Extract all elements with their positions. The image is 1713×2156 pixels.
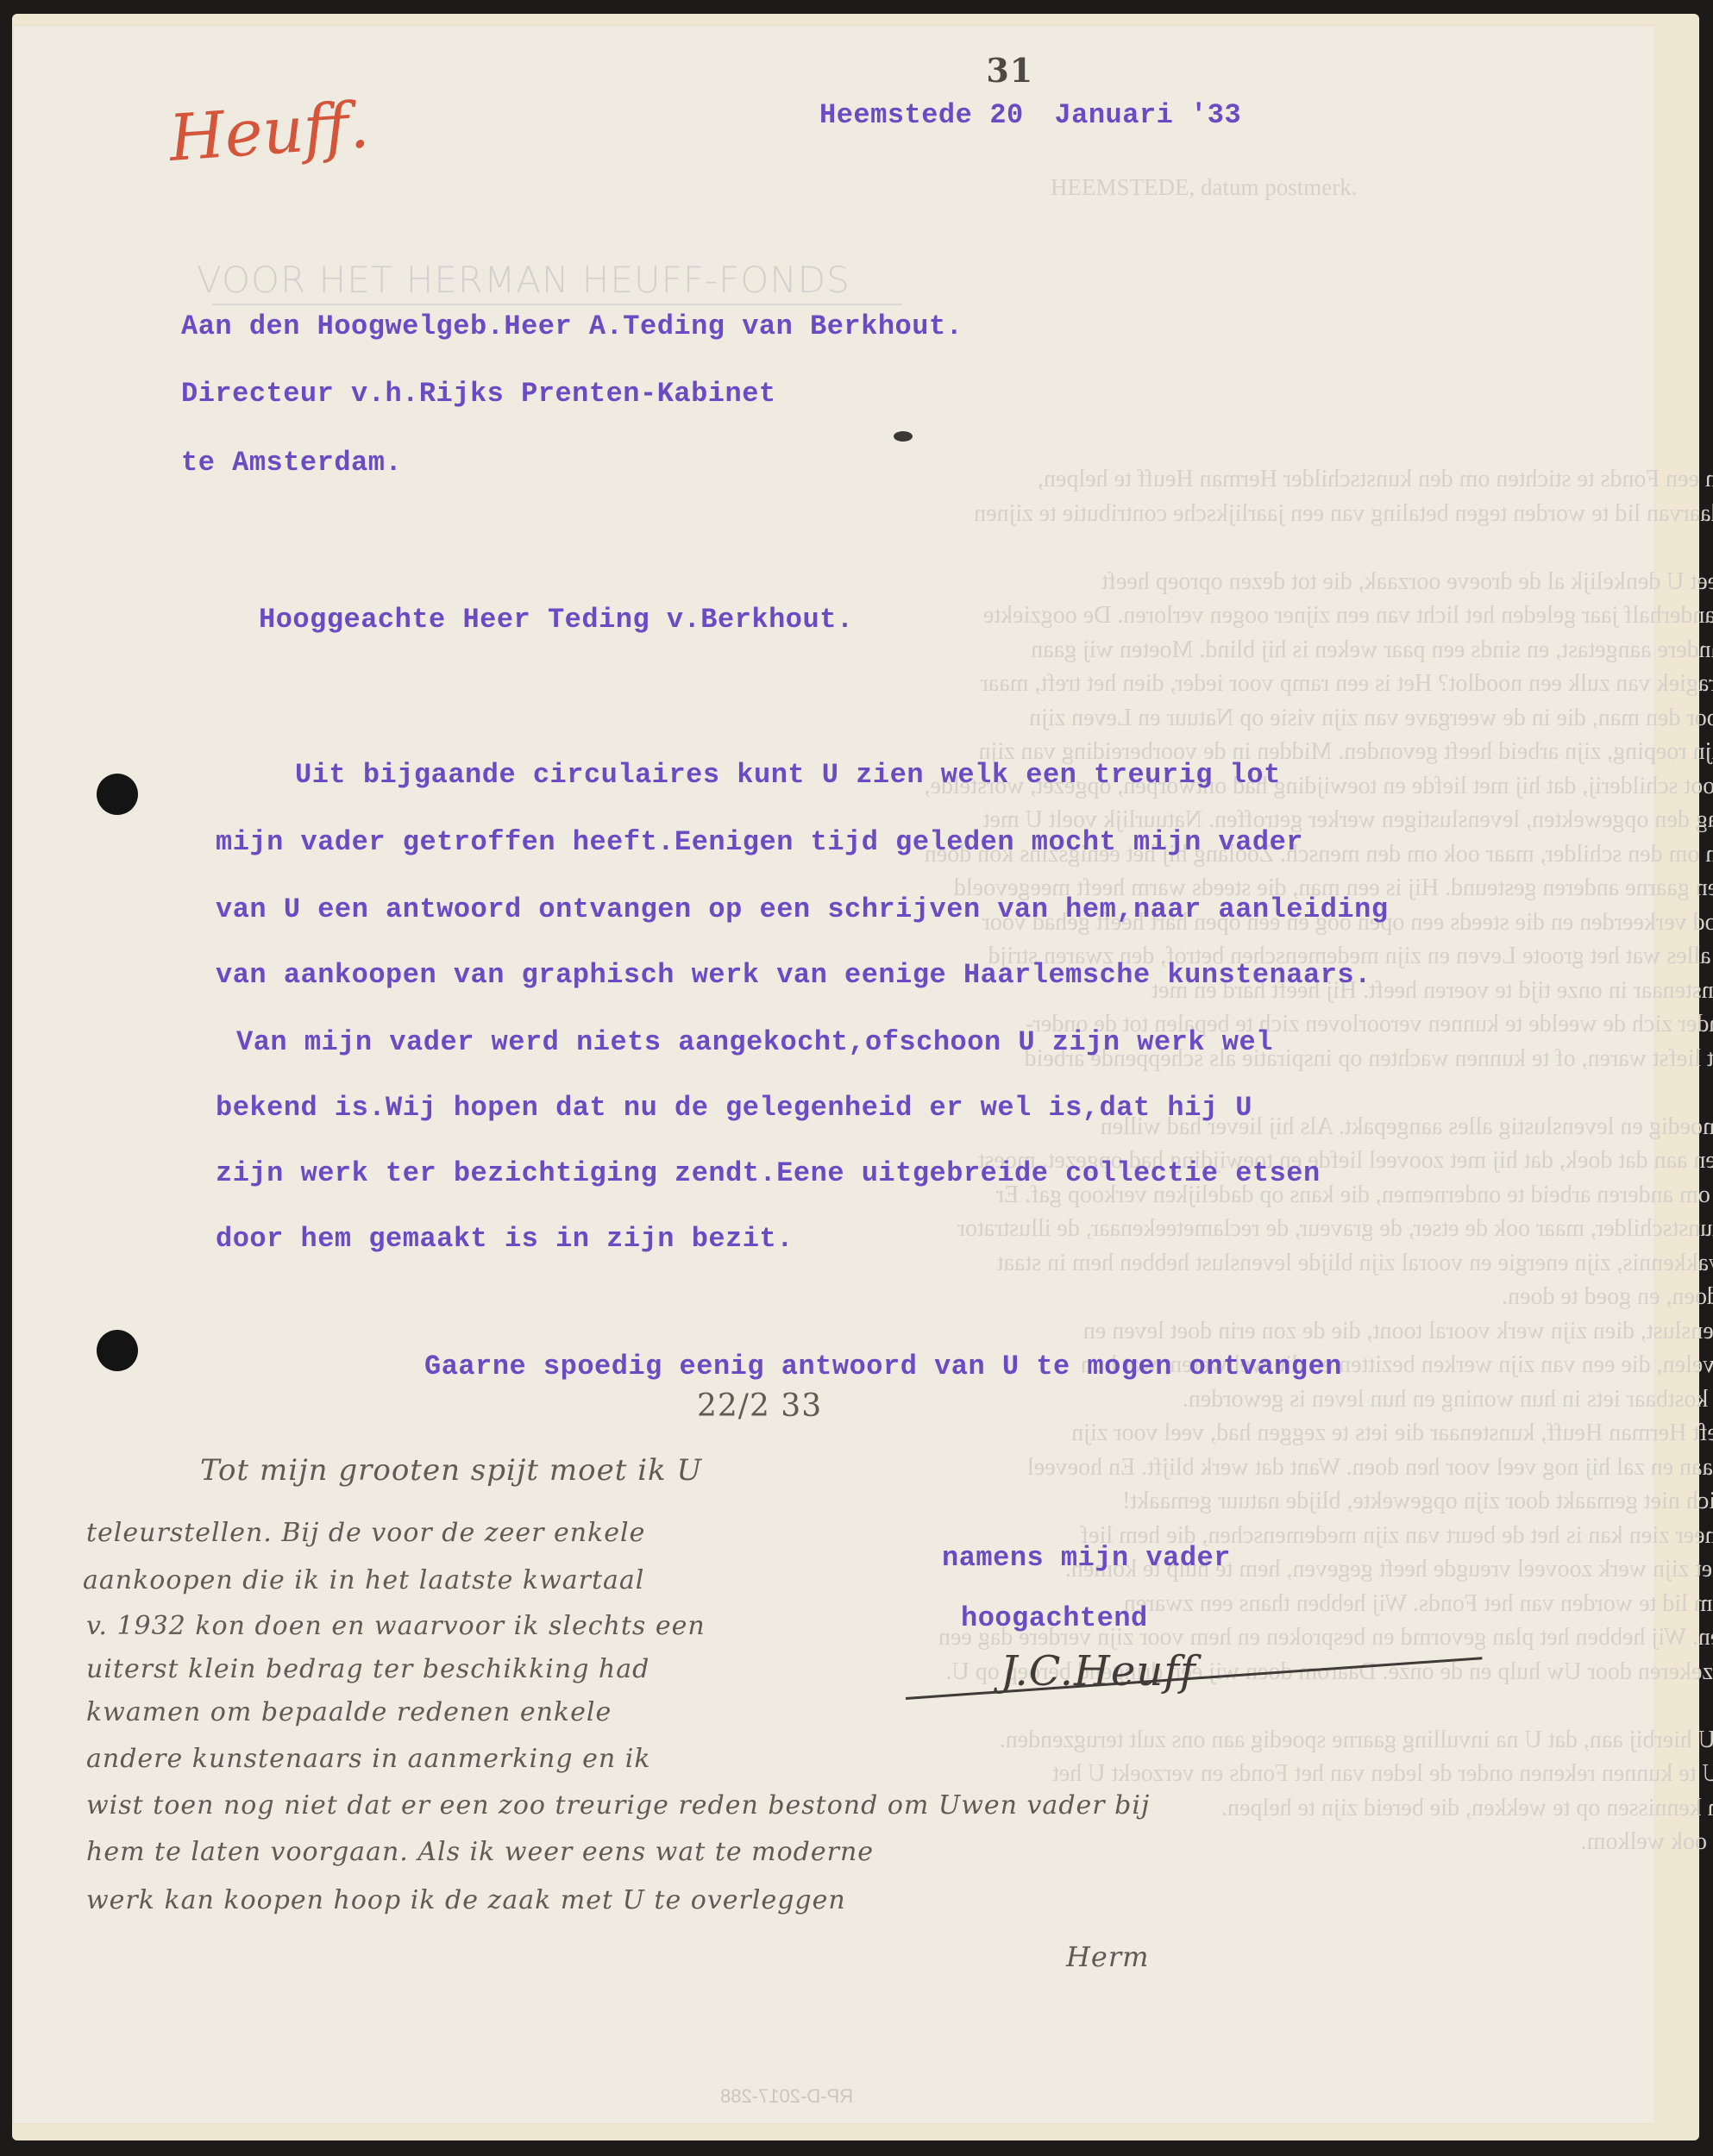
dateline-month-year: Januari '33 — [1054, 99, 1241, 131]
body-line-2: mijn vader getroffen heeft.Eenigen tijd … — [216, 826, 1303, 858]
ghost-body-line: en noodigen U uit daarvan lid te worden … — [635, 500, 1713, 528]
ghost-body-line: Uit de couranten weet U denkelijk al de … — [635, 568, 1713, 596]
punch-hole-top — [97, 774, 138, 815]
ghost-body-line: was niet alleen de kunstschilder, maar o… — [635, 1215, 1713, 1243]
dateline-typed-day: 20 — [989, 99, 1023, 131]
reply-line-7: andere kunstenaars in aanmerking en ik — [86, 1744, 651, 1774]
reply-line-3: aankoopen die ik in het laatste kwartaal — [83, 1565, 644, 1595]
ghost-body-line: Het Bestuur hoopt U te kunnen rekenen on… — [635, 1760, 1713, 1788]
red-annotation-heuff: Heuff. — [166, 88, 371, 176]
ghost-body-line: voordeele. — [635, 534, 1713, 561]
body-line-5: Van mijn vader werd niets aangekocht,ofs… — [236, 1026, 1273, 1058]
body-line-1: Uit bijgaande circulaires kunt U zien we… — [295, 759, 1281, 791]
ghost-body-line: wel het allerergst voor den man, die in … — [635, 705, 1713, 732]
body-line-8: door hem gemaakt is in zijn bezit. — [216, 1223, 794, 1255]
ghost-body-line: medemenschen gedaan en zal hij nog veel … — [635, 1454, 1713, 1482]
dateline-day: 20 31 — [989, 99, 1040, 131]
address-line-3: te Amsterdam. — [181, 447, 402, 479]
salutation: Hooggeachte Heer Teding v.Berkhout. — [259, 604, 854, 636]
archive-mark-mirrored: RP-D-2017-288 — [720, 2085, 853, 2108]
ink-smudge — [894, 431, 913, 442]
ghost-body-line: vrienden heeft hij zich niet gemaakt doo… — [635, 1488, 1713, 1515]
ghost-body-line: Wij hebben besloten een Fonds te stichte… — [635, 466, 1713, 493]
dateline-corrected-day: 31 — [986, 51, 1033, 90]
punch-hole-bottom — [97, 1330, 138, 1371]
body-line-4: van aankoopen van graphisch werk van een… — [216, 959, 1371, 991]
body-line-6: bekend is.Wij hopen dat nu de gelegenhei… — [216, 1092, 1252, 1124]
reply-line-10: werk kan koopen hoop ik de zaak met U te… — [86, 1885, 846, 1915]
reply-line-4: v. 1932 kon doen en waarvoor ik slechts … — [86, 1611, 706, 1641]
reply-line-2: teleurstellen. Bij de voor de zeer enkel… — [86, 1518, 645, 1548]
received-date-note: 22/2 33 — [697, 1388, 822, 1424]
closing-request: Gaarne spoedig eenig antwoord van U te m… — [424, 1351, 1342, 1382]
reply-initials: Herm — [1066, 1940, 1149, 1973]
ghost-letterhead-title: VOOR HET HERMAN HEUFF-FONDS — [197, 259, 850, 301]
ghost-body-line: Wij vragen U daarom lid te worden van he… — [635, 1590, 1713, 1618]
ghost-body-line: Heuff. Zijn groote vakkennis, zijn energ… — [635, 1250, 1713, 1277]
body-line-3: van U een antwoord ontvangen op een schr… — [216, 893, 1389, 925]
dateline-place: Heemstede — [819, 99, 972, 131]
address-line-2: Directeur v.h.Rijks Prenten-Kabinet — [181, 378, 776, 410]
reply-line-1: Tot mijn grooten spijt moet ik U — [200, 1453, 702, 1488]
reply-line-5: uiterst klein bedrag ter beschikking had — [86, 1654, 649, 1684]
address-line-1: Aan den Hoogwelgeb.Heer A.Teding van Ber… — [181, 310, 963, 342]
reply-line-8: wist toen nog niet dat er een zoo treuri… — [86, 1790, 1150, 1821]
ghost-letterhead-rule — [212, 304, 902, 305]
ghost-body-line: gesteld dat alles te doen, en goed te do… — [635, 1283, 1713, 1311]
body-line-7: zijn werk ter bezichtiging zendt.Eene ui… — [216, 1157, 1321, 1189]
ghost-body-line: Het is die blijde levenslust, dien zijn … — [635, 1318, 1713, 1345]
ghost-postmark: HEEMSTEDE, datum postmerk. — [1051, 174, 1357, 201]
closing-regards: hoogachtend — [961, 1602, 1148, 1634]
closing-on-behalf: namens mijn vader — [942, 1542, 1231, 1574]
dateline: Heemstede 20 31 Januari '33 — [819, 99, 1241, 131]
reply-line-6: kwamen om bepaalde redenen enkele — [86, 1697, 612, 1727]
ghost-body-line: Een formulier treft U hierbij aan, dat U… — [635, 1727, 1713, 1754]
ghost-body-line: uitweiden over de tragiek van zulk een n… — [635, 670, 1713, 698]
reply-line-9: hem te laten voorgaan. Als ik weer eens … — [86, 1837, 874, 1867]
ghost-body-line: heeft later ook het andere aangetast, en… — [635, 636, 1713, 664]
